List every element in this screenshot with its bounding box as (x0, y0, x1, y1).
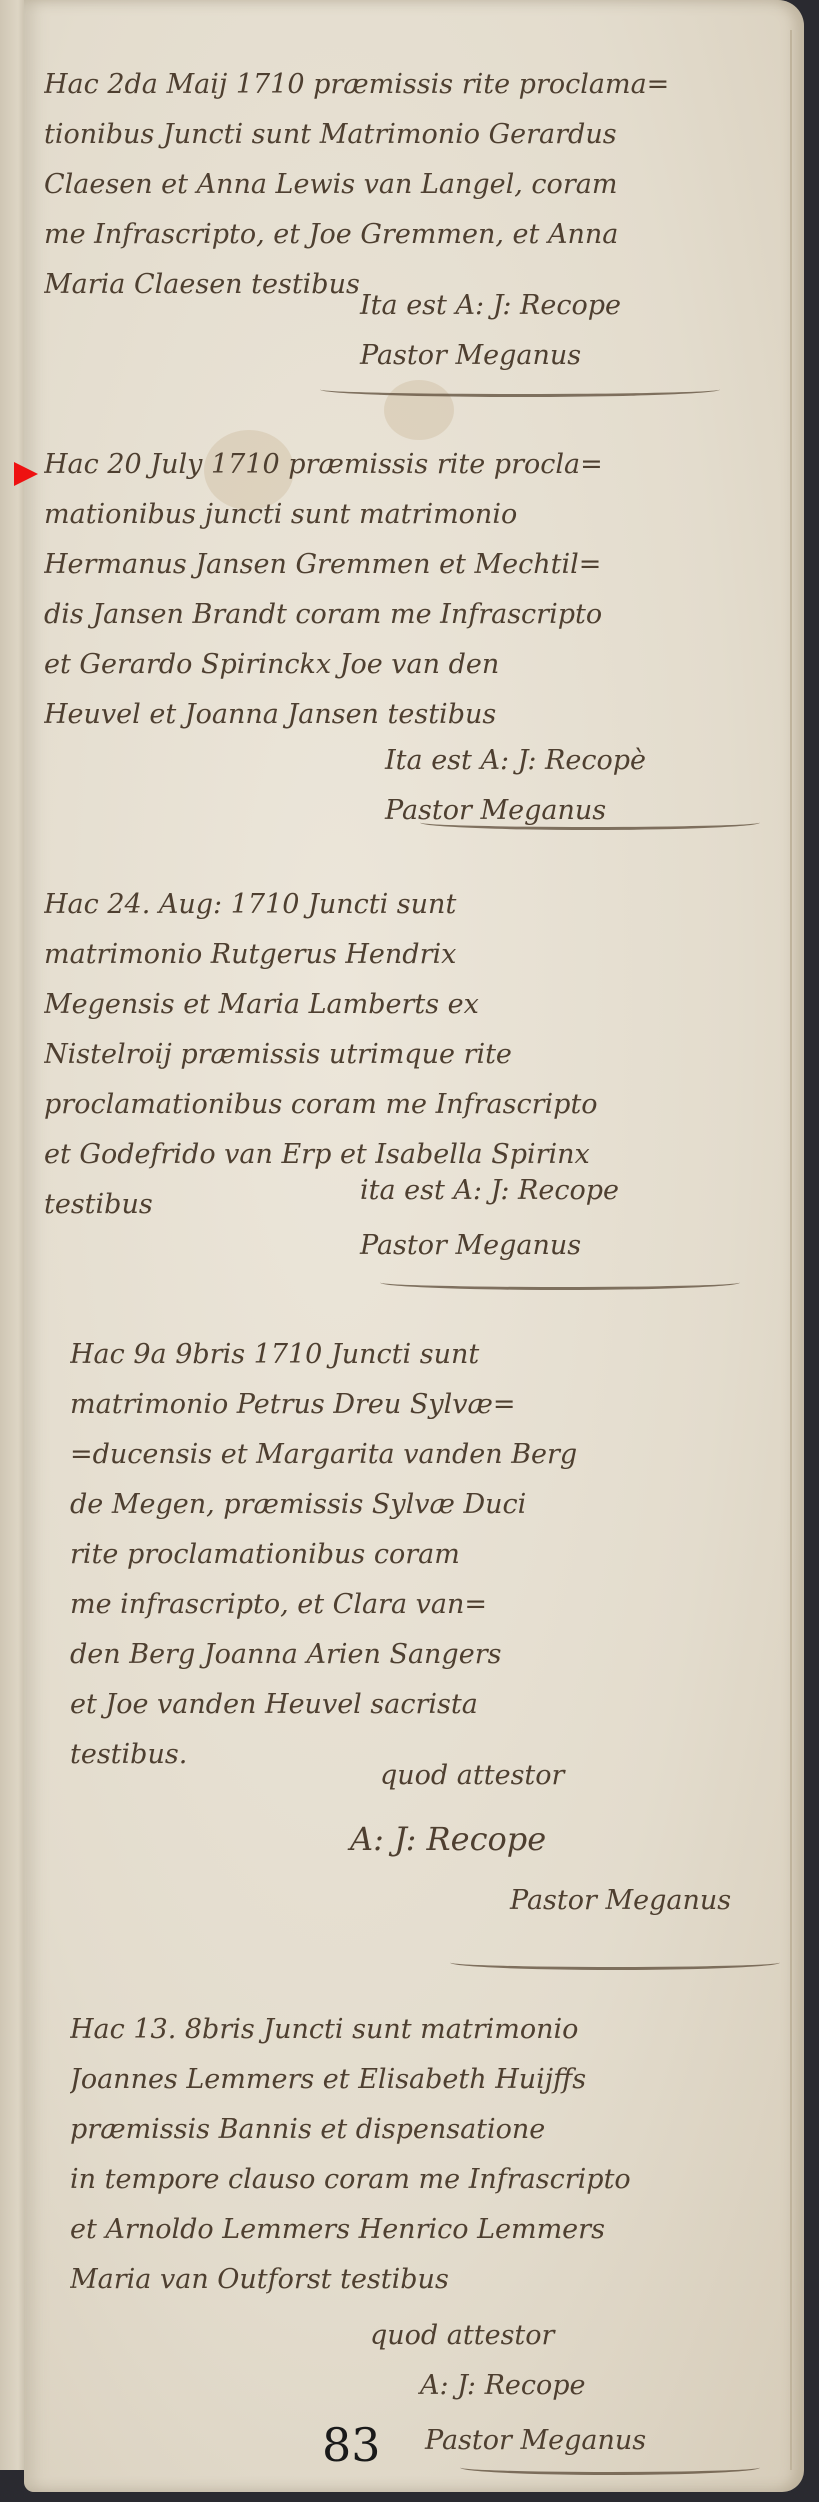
signature-title: Pastor Meganus (360, 340, 581, 371)
entry-line: proclamationibus coram me Infrascripto (44, 1080, 764, 1130)
signature-title: Pastor Meganus (425, 2425, 646, 2456)
signature-flourish (420, 815, 760, 830)
entry-line: matrimonio Petrus Dreu Sylvæ= (70, 1380, 770, 1430)
entry-line: den Berg Joanna Arien Sangers (70, 1630, 770, 1680)
entry-line: me Infrascripto, et Joe Gremmen, et Anna (44, 210, 764, 260)
entry-line: Megensis et Maria Lamberts ex (44, 980, 764, 1030)
signature-line: quod attestor (380, 1760, 564, 1791)
entry-line: matrimonio Rutgerus Hendrix (44, 930, 764, 980)
entry-line: Maria van Outforst testibus (70, 2255, 770, 2305)
entry-line: et Arnoldo Lemmers Henrico Lemmers (70, 2205, 770, 2255)
entry-line: =ducensis et Margarita vanden Berg (70, 1430, 770, 1480)
entry-line: Hac 24. Aug: 1710 Juncti sunt (44, 880, 764, 930)
entry-line: Hac 20 July 1710 præmissis rite procla= (44, 440, 764, 490)
entry-line: me infrascripto, et Clara van= (70, 1580, 770, 1630)
register-entry-5: Hac 13. 8bris Juncti sunt matrimonio Joa… (70, 2005, 770, 2305)
register-entry-4: Hac 9a 9bris 1710 Juncti sunt matrimonio… (70, 1330, 770, 1780)
signature-line: ita est A: J: Recope (360, 1175, 619, 1206)
signature-flourish (380, 1275, 740, 1290)
signature-name: A: J: Recope (420, 2370, 586, 2401)
signature-line: Ita est A: J: Recopè (385, 745, 646, 776)
signature-name: A: J: Recope (350, 1820, 546, 1858)
entry-line: Hermanus Jansen Gremmen et Mechtil= (44, 540, 764, 590)
signature-flourish (320, 382, 720, 397)
entry-line: præmissis Bannis et dispensatione (70, 2105, 770, 2155)
signature-line: quod attestor (370, 2320, 554, 2351)
register-entry-2: Hac 20 July 1710 præmissis rite procla= … (44, 440, 764, 740)
page-number: 83 (322, 2418, 381, 2472)
signature-title: Pastor Meganus (360, 1230, 581, 1261)
entry-line: Claesen et Anna Lewis van Langel, coram (44, 160, 764, 210)
entry-line: Heuvel et Joanna Jansen testibus (44, 690, 764, 740)
page-border-line (790, 30, 792, 2470)
entry-line: Hac 9a 9bris 1710 Juncti sunt (70, 1330, 770, 1380)
entry-line: de Megen, præmissis Sylvæ Duci (70, 1480, 770, 1530)
signature-flourish (460, 2460, 760, 2475)
current-entry-marker-icon (14, 462, 38, 486)
register-entry-1: Hac 2da Maij 1710 præmissis rite proclam… (44, 60, 764, 310)
entry-line: et Gerardo Spirinckx Joe van den (44, 640, 764, 690)
signature-line: Ita est A: J: Recope (360, 290, 621, 321)
entry-line: tionibus Juncti sunt Matrimonio Gerardus (44, 110, 764, 160)
entry-line: Hac 13. 8bris Juncti sunt matrimonio (70, 2005, 770, 2055)
entry-line: et Godefrido van Erp et Isabella Spirinx (44, 1130, 764, 1180)
entry-line: et Joe vanden Heuvel sacrista (70, 1680, 770, 1730)
entry-line: Nistelroij præmissis utrimque rite (44, 1030, 764, 1080)
entry-line: Joannes Lemmers et Elisabeth Huijffs (70, 2055, 770, 2105)
entry-line: Hac 2da Maij 1710 præmissis rite proclam… (44, 60, 764, 110)
entry-line: in tempore clauso coram me Infrascripto (70, 2155, 770, 2205)
signature-title: Pastor Meganus (510, 1885, 731, 1916)
entry-line: dis Jansen Brandt coram me Infrascripto (44, 590, 764, 640)
entry-line: mationibus juncti sunt matrimonio (44, 490, 764, 540)
signature-flourish (450, 1955, 780, 1970)
entry-line: rite proclamationibus coram (70, 1530, 770, 1580)
